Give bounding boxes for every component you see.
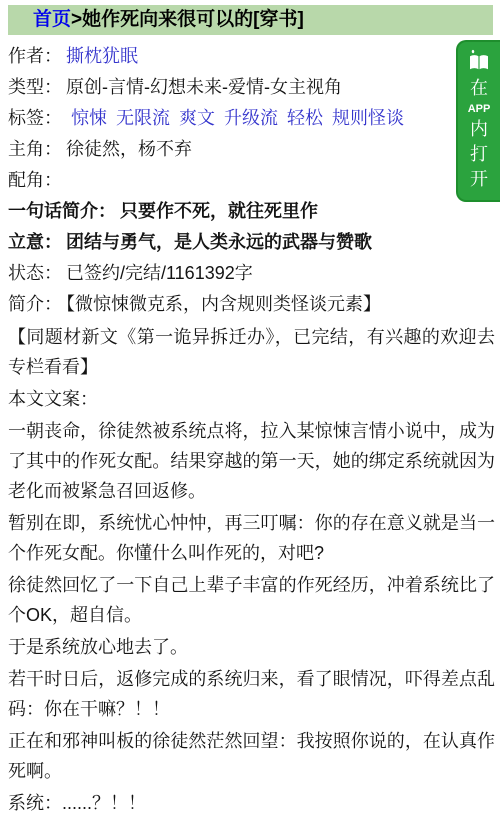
status-value: 已签约/完结/1161392字 (66, 263, 253, 283)
description-paragraph: 一朝丧命，徐徒然被系统点将，拉入某惊悚言情小说中，成为了其中的作死女配。结果穿越… (8, 416, 495, 506)
tag-link[interactable]: 升级流 (224, 108, 278, 128)
type-value: 原创-言情-幻想未来-爱情-女主视角 (66, 77, 342, 97)
support-row: 配角： (8, 165, 494, 196)
intro-value: 【微惊悚微克系，内含规则类怪谈元素】 (66, 294, 381, 314)
tag-link[interactable]: 轻松 (287, 108, 323, 128)
app-button-char: 打 (470, 142, 488, 167)
description-paragraph: 若干时日后，返修完成的系统归来，看了眼情况，吓得差点乱码：你在干嘛？！！ (8, 664, 495, 724)
tags-row: 标签： 惊悚无限流爽文升级流轻松规则怪谈 (8, 103, 494, 134)
intro-row: 简介：【微惊悚微克系，内含规则类怪谈元素】 (8, 289, 494, 320)
author-label: 作者： (8, 46, 62, 66)
description-paragraph: 本文文案： (8, 384, 495, 414)
lead-value: 徐徒然，杨不弃 (66, 139, 192, 159)
intro-label: 简介： (8, 294, 62, 314)
author-row: 作者：撕枕犹眠 (8, 41, 494, 72)
description-paragraph: 正在和邪神叫板的徐徒然茫然回望：我按照你说的，在认真作死啊。 (8, 726, 495, 786)
type-label: 类型： (8, 77, 62, 97)
app-button-char: APP (468, 101, 491, 117)
theme-label: 立意： (8, 232, 62, 252)
tag-link[interactable]: 无限流 (116, 108, 170, 128)
status-row: 状态：已签约/完结/1161392字 (8, 258, 494, 289)
description-paragraph: 【同题材新文《第一诡异拆迁办》，已完结，有兴趣的欢迎去专栏看看】 (8, 322, 495, 382)
page-title: 她作死向来很可以的[穿书] (82, 9, 304, 30)
app-button-char: 在 (470, 76, 488, 101)
lead-row: 主角：徐徒然，杨不弃 (8, 134, 494, 165)
description-paragraph: 徐徒然回忆了一下自己上辈子丰富的作死经历，冲着系统比了个OK，超自信。 (8, 570, 495, 630)
breadcrumb: 首页>她作死向来很可以的[穿书] (8, 5, 493, 35)
oneline-label: 一句话简介： (8, 201, 116, 221)
synopsis: 【同题材新文《第一诡异拆迁办》，已完结，有兴趣的欢迎去专栏看看】 本文文案： 一… (0, 322, 500, 818)
novel-meta: 作者：撕枕犹眠 类型：原创-言情-幻想未来-爱情-女主视角 标签： 惊悚无限流爽… (0, 35, 500, 320)
lead-label: 主角： (8, 139, 62, 159)
home-link[interactable]: 首页 (33, 9, 71, 30)
app-button-char: 内 (470, 117, 488, 142)
open-in-app-button[interactable]: 在 APP 内 打 开 (456, 40, 500, 202)
author-link[interactable]: 撕枕犹眠 (66, 46, 138, 66)
breadcrumb-separator: > (71, 9, 82, 30)
support-label: 配角： (8, 170, 62, 190)
description-paragraph: 于是系统放心地去了。 (8, 632, 495, 662)
status-label: 状态： (8, 263, 62, 283)
tag-link[interactable]: 规则怪谈 (332, 108, 404, 128)
oneline-value: 只要作不死，就往死里作 (120, 201, 318, 221)
oneline-row: 一句话简介：只要作不死，就往死里作 (8, 196, 494, 227)
tag-link[interactable]: 爽文 (179, 108, 215, 128)
description-paragraph: 系统：......？！！ (8, 788, 495, 818)
open-book-icon (466, 48, 492, 76)
tag-link[interactable]: 惊悚 (71, 108, 107, 128)
tags-label: 标签： (8, 108, 62, 128)
description-paragraph: 暂别在即，系统忧心忡忡，再三叮嘱：你的存在意义就是当一个作死女配。你懂什么叫作死… (8, 508, 495, 568)
theme-row: 立意：团结与勇气，是人类永远的武器与赞歌 (8, 227, 494, 258)
type-row: 类型：原创-言情-幻想未来-爱情-女主视角 (8, 72, 494, 103)
theme-value: 团结与勇气，是人类永远的武器与赞歌 (66, 232, 372, 252)
app-button-char: 开 (470, 167, 488, 192)
